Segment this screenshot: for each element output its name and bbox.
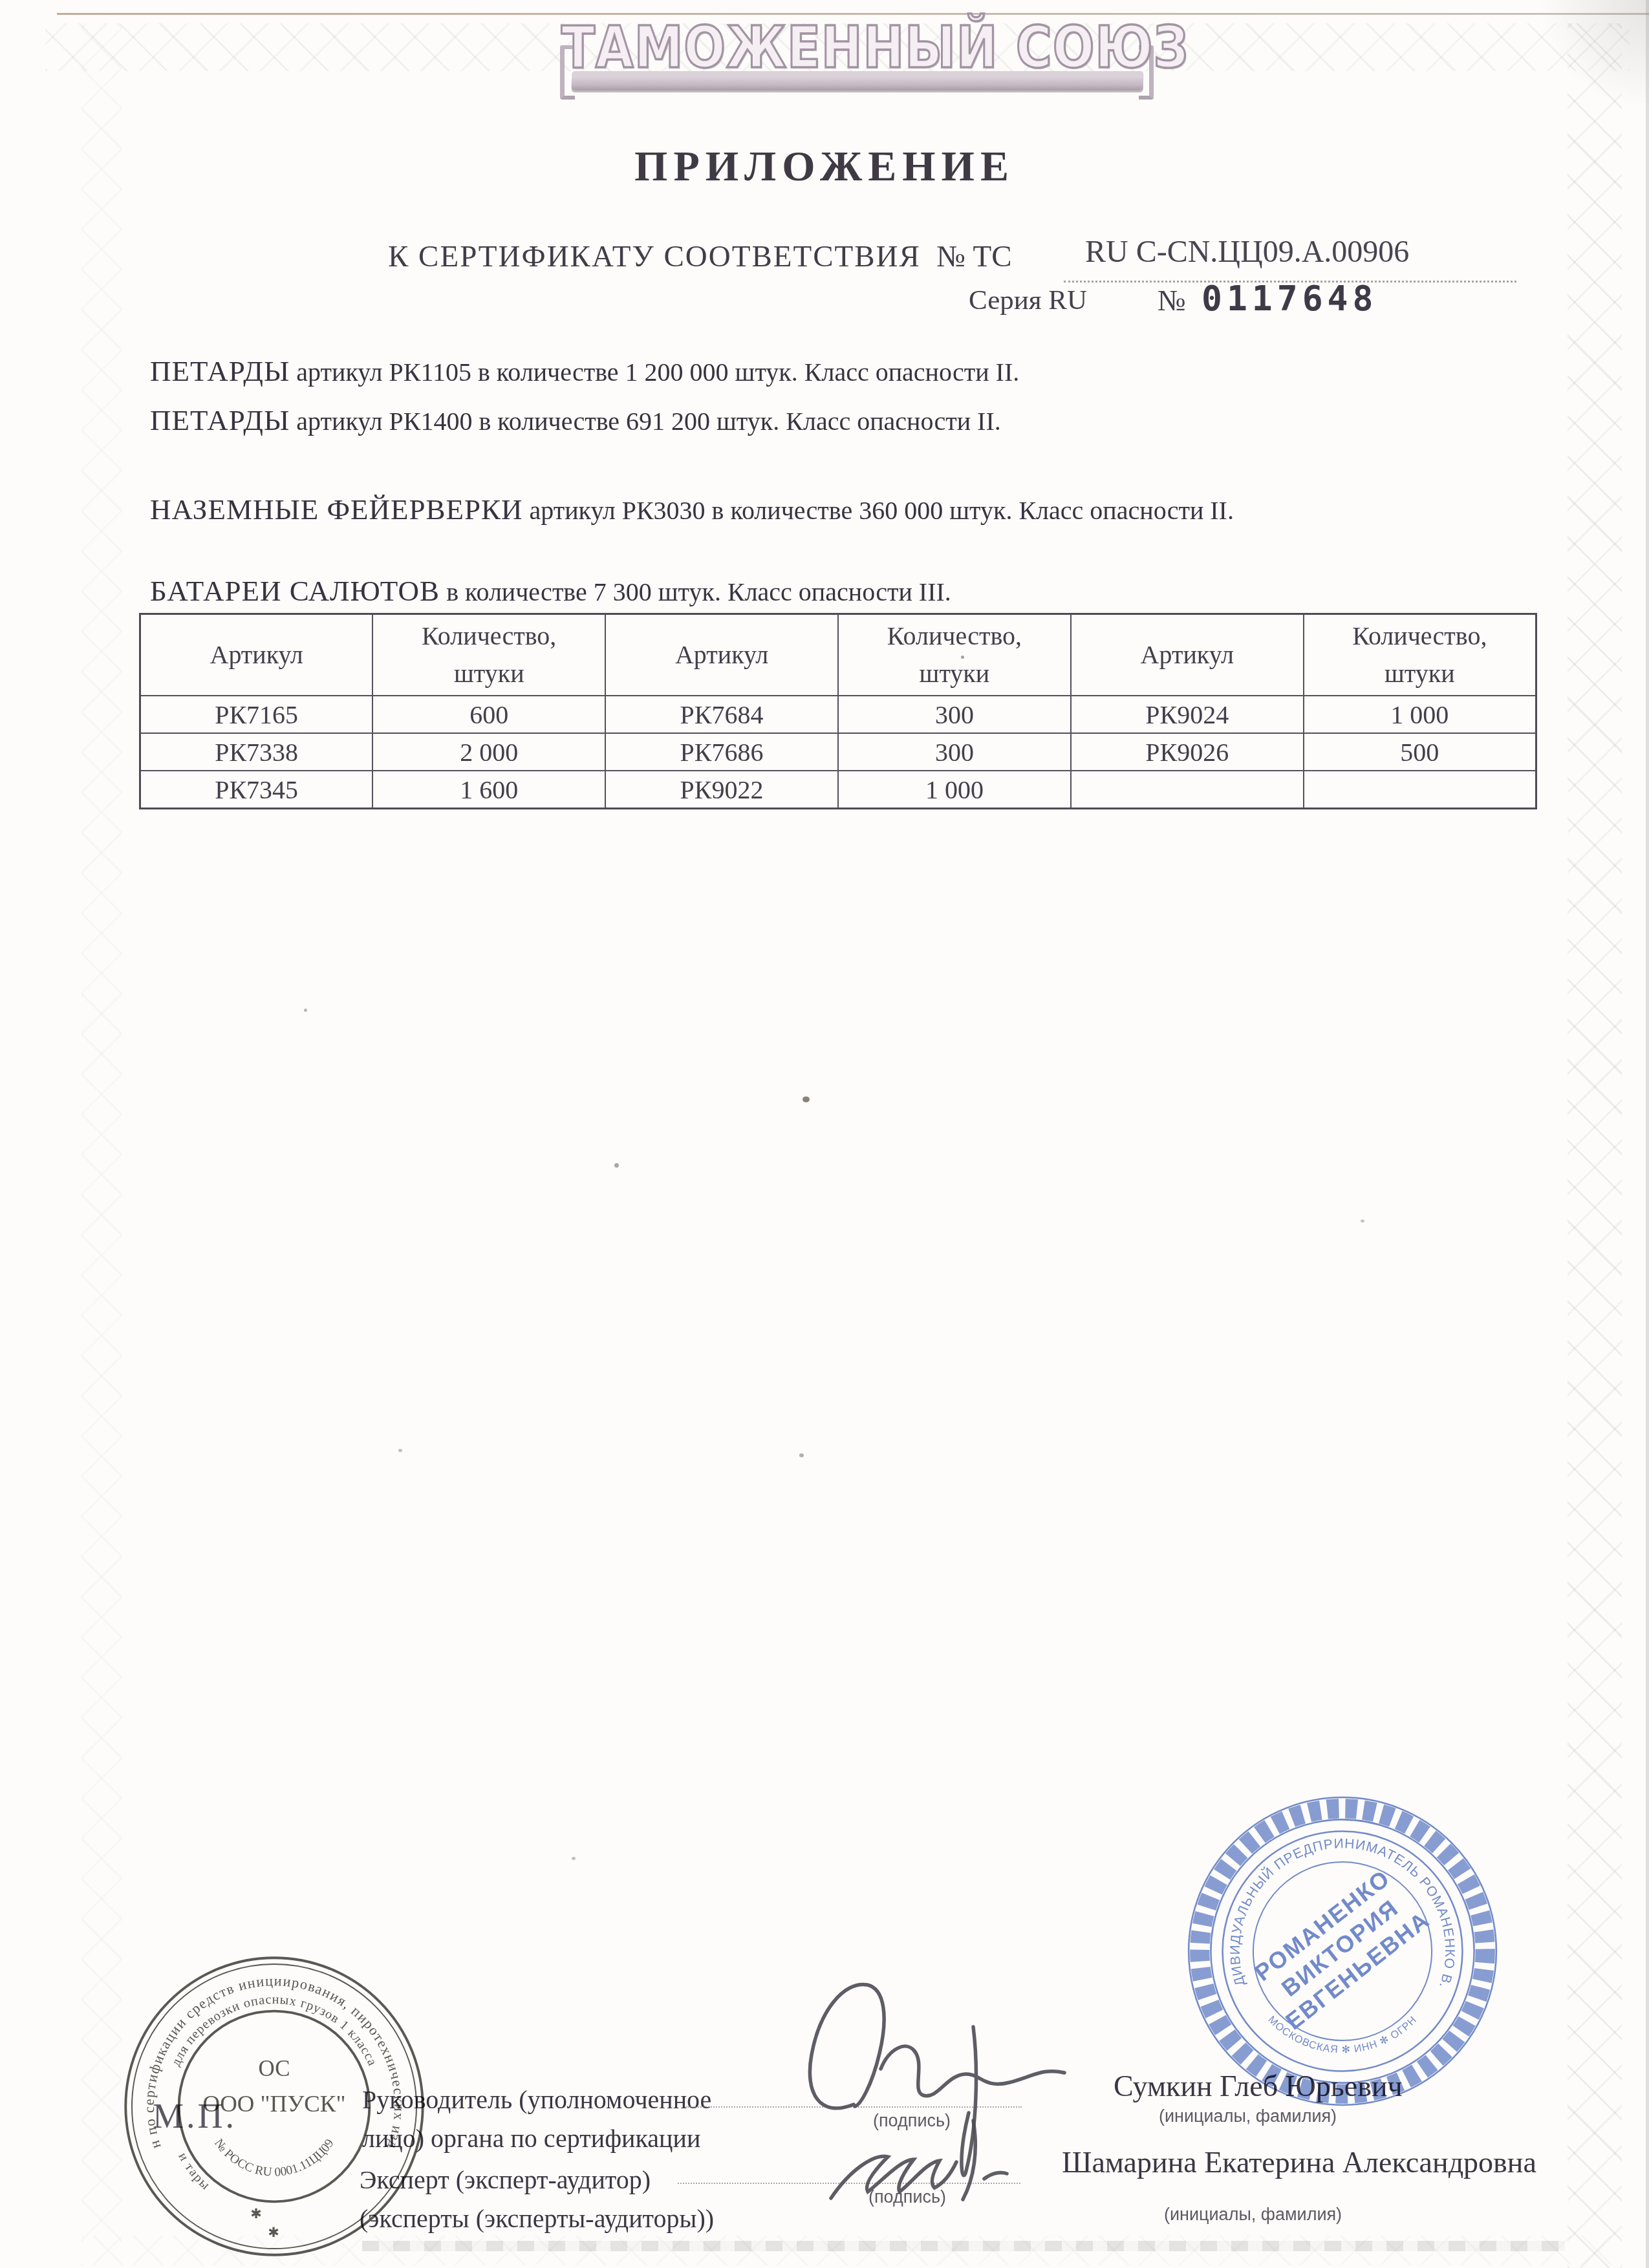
paragraph-lead: ПЕТАРДЫ: [150, 355, 290, 387]
certificate-number-label: № ТС: [936, 239, 1012, 274]
table-cell: РК7345: [140, 771, 373, 809]
series-label: Серия RU: [969, 284, 1087, 316]
table-header-cell: Артикул: [605, 614, 838, 696]
scan-speck: [803, 1097, 810, 1102]
table-cell: РК7684: [605, 696, 838, 733]
table-row: РК7338 2 000 РК7686 300 РК9026 500: [140, 733, 1536, 771]
paragraph-salute-batteries: БАТАРЕИ САЛЮТОВ в количестве 7 300 штук.…: [150, 574, 951, 608]
customs-union-banner: ТАМОЖЕННЫЙ СОЮЗ: [561, 16, 1150, 91]
certificate-number-value: RU C-CN.ЦЦ09.А.00906: [1085, 234, 1409, 270]
scan-speck: [1361, 1219, 1364, 1223]
table-cell: 1 000: [1304, 696, 1536, 733]
stamp-registration-number: № РОСС RU 0001.11ЦЦ09: [211, 2137, 336, 2179]
svg-text:№ РОСС RU 0001.11ЦЦ09: № РОСС RU 0001.11ЦЦ09: [211, 2137, 336, 2179]
banner-title: ТАМОЖЕННЫЙ СОЮЗ: [561, 13, 1150, 81]
document-page: ТАМОЖЕННЫЙ СОЮЗ ПРИЛОЖЕНИЕ К СЕРТИФИКАТУ…: [0, 0, 1649, 2268]
scan-speck: [614, 1163, 619, 1168]
articles-quantity-table: Артикул Количество, штуки Артикул Количе…: [139, 613, 1537, 809]
signature-line-expert: [678, 2183, 1020, 2184]
name-caption: (инициалы, фамилия): [1164, 2205, 1342, 2225]
stamp-asterisk: ✱: [250, 2206, 262, 2221]
table-cell: [1304, 771, 1536, 809]
table-cell: 600: [372, 696, 605, 733]
stamp-center-os: ОС: [259, 2056, 290, 2081]
table-row: РК7165 600 РК7684 300 РК9024 1 000: [140, 696, 1536, 733]
handwritten-signatures: [647, 1965, 1099, 2250]
paragraph-rest: артикул РК3030 в количестве 360 000 штук…: [523, 496, 1234, 525]
entrepreneur-stamp: ИНДИВИДУАЛЬНЫЙ ПРЕДПРИНИМАТЕЛЬ РОМАНЕНКО…: [1180, 1788, 1505, 2114]
scan-edge: [1646, 0, 1649, 2268]
scan-speck: [572, 1857, 576, 1860]
guilloche-border-left: [81, 23, 122, 2242]
table-cell: 500: [1304, 733, 1536, 771]
paragraph-rest: в количестве 7 300 штук. Класс опасности…: [440, 577, 951, 606]
stamp-center-org-name: ООО "ПУСК": [203, 2090, 346, 2117]
table-cell: 300: [838, 733, 1071, 771]
head-signature: [810, 1984, 1064, 2175]
table-cell: [1071, 771, 1304, 809]
expert-name: Шамарина Екатерина Александровна: [1062, 2145, 1536, 2179]
paragraph-ground-fireworks: НАЗЕМНЫЕ ФЕЙЕРВЕРКИ артикул РК3030 в кол…: [150, 493, 1234, 526]
signature-line-head: [685, 2106, 1022, 2108]
table-header-row: Артикул Количество, штуки Артикул Количе…: [140, 614, 1536, 696]
table-cell: 2 000: [372, 733, 605, 771]
paragraph-lead: ПЕТАРДЫ: [150, 404, 290, 436]
scan-speck: [398, 1449, 402, 1452]
table-cell: РК7686: [605, 733, 838, 771]
table-cell: 1 000: [838, 771, 1071, 809]
paragraph-lead: НАЗЕМНЫЕ ФЕЙЕРВЕРКИ: [150, 493, 523, 526]
table-cell: РК9026: [1071, 733, 1304, 771]
table-header-cell: Количество, штуки: [372, 614, 605, 696]
table-header-cell: Артикул: [1071, 614, 1304, 696]
paragraph-rest: артикул РК1400 в количестве 691 200 штук…: [290, 407, 1000, 436]
table-cell: РК9022: [605, 771, 838, 809]
paragraph-rest: артикул РК1105 в количестве 1 200 000 шт…: [290, 358, 1019, 387]
scan-speck: [799, 1453, 804, 1457]
table-cell: 1 600: [372, 771, 605, 809]
paragraph-petards-2: ПЕТАРДЫ артикул РК1400 в количестве 691 …: [150, 403, 1001, 437]
table-header-cell: Артикул: [140, 614, 373, 696]
table-header-cell: Количество, штуки: [838, 614, 1071, 696]
guilloche-border-right: [1568, 23, 1622, 2268]
series-number-sign: №: [1158, 283, 1186, 317]
table-cell: РК9024: [1071, 696, 1304, 733]
table-cell: РК7165: [140, 696, 373, 733]
paragraph-lead: БАТАРЕИ САЛЮТОВ: [150, 575, 440, 607]
signature-caption: (подпись): [868, 2187, 946, 2207]
certificate-subtitle: К СЕРТИФИКАТУ СООТВЕТСТВИЯ: [388, 239, 921, 274]
series-number-value: 0117648: [1202, 279, 1377, 319]
page-title: ПРИЛОЖЕНИЕ: [0, 142, 1649, 191]
scan-speck: [304, 1009, 307, 1012]
scan-speck: [961, 656, 964, 659]
scan-corner-shade: [1533, 0, 1649, 103]
signature-caption: (подпись): [873, 2111, 951, 2131]
table-cell: РК7338: [140, 733, 373, 771]
scan-artifact-streak: [362, 2241, 1565, 2251]
stamp-asterisk: ✱: [268, 2225, 279, 2240]
table-header-cell: Количество, штуки: [1304, 614, 1536, 696]
table-row: РК7345 1 600 РК9022 1 000: [140, 771, 1536, 809]
certification-body-stamp: Орган по сертификации средств инициирова…: [111, 1943, 437, 2268]
table-cell: 300: [838, 696, 1071, 733]
paragraph-petards-1: ПЕТАРДЫ артикул РК1105 в количестве 1 20…: [150, 354, 1019, 388]
